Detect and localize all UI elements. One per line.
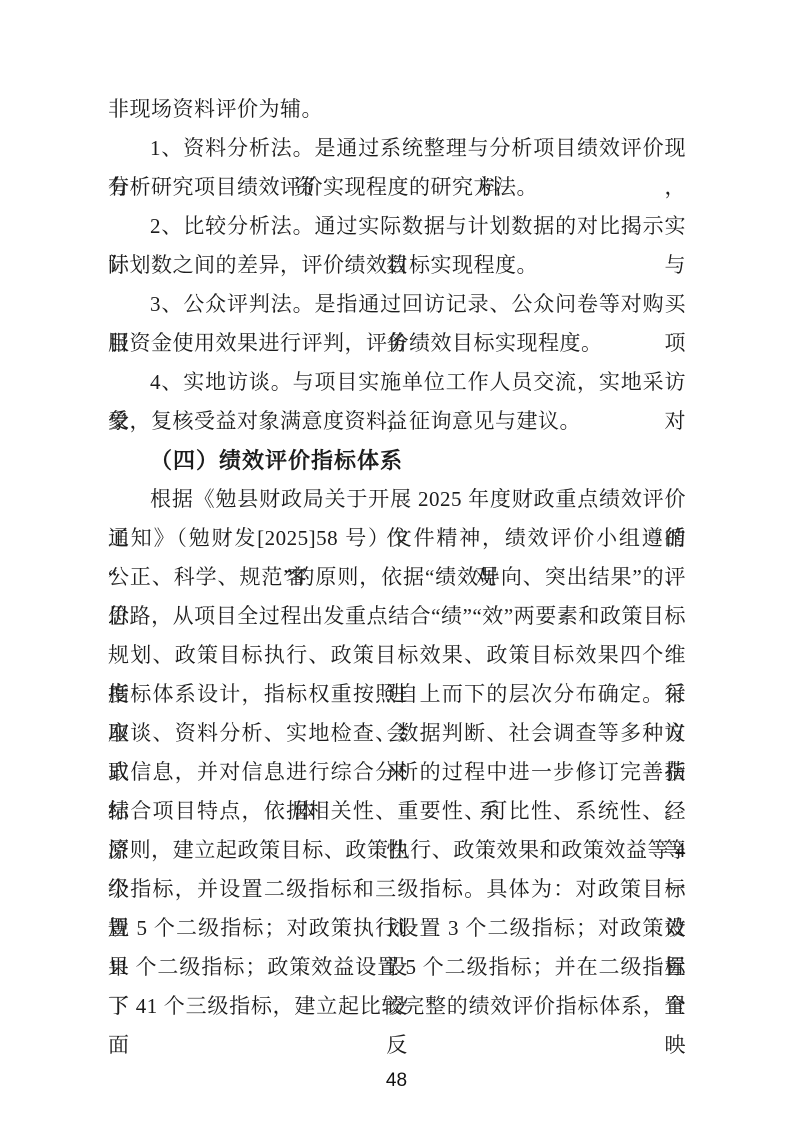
text-line: 4、实地访谈。与项目实施单位工作人员交流，实地采访受益对 xyxy=(108,363,686,402)
text-line: 座谈、资料分析、实地检查、数据判断、社会调查等多种方式来获 xyxy=(108,714,686,753)
document-body: 非现场资料评价为辅。 1、资料分析法。是通过系统整理与分析项目绩效评价现有资料，… xyxy=(108,90,686,1026)
document-page: 非现场资料评价为辅。 1、资料分析法。是通过系统整理与分析项目绩效评价现有资料，… xyxy=(0,0,793,1122)
text-line: 指标体系设计，指标权重按照自上而下的层次分布确定。采取会议 xyxy=(108,675,686,714)
text-line: 思路，从项目全过程出发重点结合“绩”“效”两要素和政策目标 xyxy=(108,597,686,636)
text-line: 1、资料分析法。是通过系统整理与分析项目绩效评价现有资料， xyxy=(108,129,686,168)
text-line: 11 个二级指标；政策效益设置 5 个二级指标；并在二级指标下设置 xyxy=(108,948,686,987)
text-line: 规划、政策目标执行、政策目标效果、政策目标效果四个维度进行 xyxy=(108,636,686,675)
text-line: 3、公众评判法。是指通过回访记录、公众问卷等对购买服务项 xyxy=(108,285,686,324)
text-line: 结合项目特点，依据相关性、重要性、可比性、系统性、经济性等 xyxy=(108,792,686,831)
text-line: 了 41 个三级指标，建立起比较完整的绩效评价指标体系，全面反映 xyxy=(108,987,686,1026)
text-line: 置 5 个二级指标；对政策执行设置 3 个二级指标；对政策效果设置 xyxy=(108,909,686,948)
page-number: 48 xyxy=(0,1070,793,1092)
text-line: 目资金使用效果进行评判，评价绩效目标实现程度。 xyxy=(108,324,686,363)
text-line: 取信息，并对信息进行综合分析的过程中进一步修订完善指标体系。 xyxy=(108,753,686,792)
text-line: 根据《勉县财政局关于开展 2025 年度财政重点绩效评价工作的 xyxy=(108,480,686,519)
text-line: 非现场资料评价为辅。 xyxy=(108,90,686,129)
text-line: 级指标，并设置二级指标和三级指标。具体为：对政策目标规划设 xyxy=(108,870,686,909)
text-line: 通知》（勉财发[2025]58 号）文件精神，绩效评价小组遵循“客观、 xyxy=(108,519,686,558)
text-line: 原则，建立起政策目标、政策执行、政策效果和政策效益等 4 个一 xyxy=(108,831,686,870)
text-line: 公正、科学、规范”的原则，依据“绩效导向、突出结果”的评价 xyxy=(108,558,686,597)
text-line: 2、比较分析法。通过实际数据与计划数据的对比揭示实际数与 xyxy=(108,207,686,246)
section-heading: （四）绩效评价指标体系 xyxy=(108,441,686,480)
